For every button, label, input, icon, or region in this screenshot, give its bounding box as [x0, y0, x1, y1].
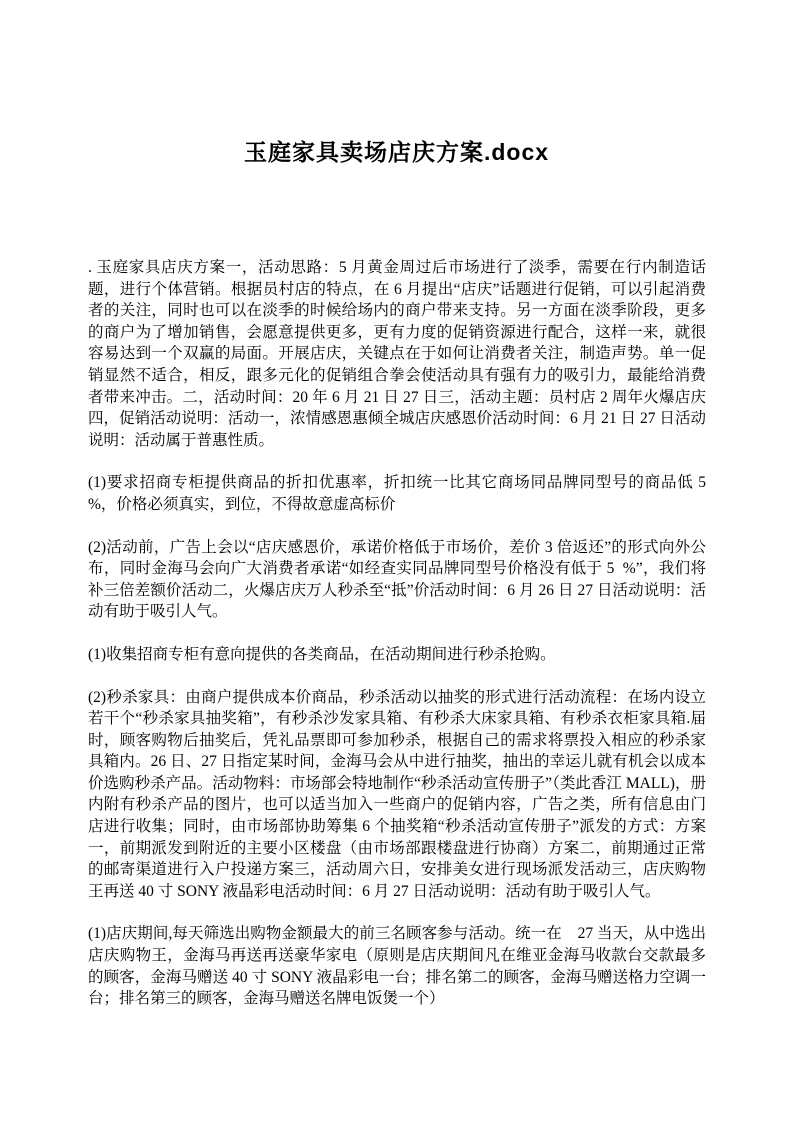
paragraph-seckill-collection: (1)收集招商专柜有意向提供的各类商品，在活动期间进行秒杀抢购。: [88, 644, 706, 666]
document-body: . 玉庭家具店庆方案一，活动思路：5 月黄金周过后市场进行了淡季，需要在行内制造…: [0, 167, 793, 1010]
paragraph-activity-overview: . 玉庭家具店庆方案一，活动思路：5 月黄金周过后市场进行了淡季，需要在行内制造…: [88, 257, 706, 451]
paragraph-discount-requirement: (1)要求招商专柜提供商品的折扣优惠率，折扣统一比其它商场同品牌同型号的商品低 …: [88, 472, 706, 515]
paragraph-shopping-king: (1)店庆期间,每天筛选出购物金额最大的前三名顾客参与活动。统一在 27 当天，…: [88, 923, 706, 1009]
document-page: 玉庭家具卖场店庆方案.docx . 玉庭家具店庆方案一，活动思路：5 月黄金周过…: [0, 0, 793, 1122]
document-title: 玉庭家具卖场店庆方案.docx: [0, 0, 793, 167]
paragraph-seckill-furniture: (2)秒杀家具：由商户提供成本价商品，秒杀活动以抽奖的形式进行活动流程：在场内设…: [88, 687, 706, 903]
paragraph-price-promise: (2)活动前，广告上会以“店庆感恩价，承诺价格低于市场价，差价 3 倍返还”的形…: [88, 537, 706, 623]
